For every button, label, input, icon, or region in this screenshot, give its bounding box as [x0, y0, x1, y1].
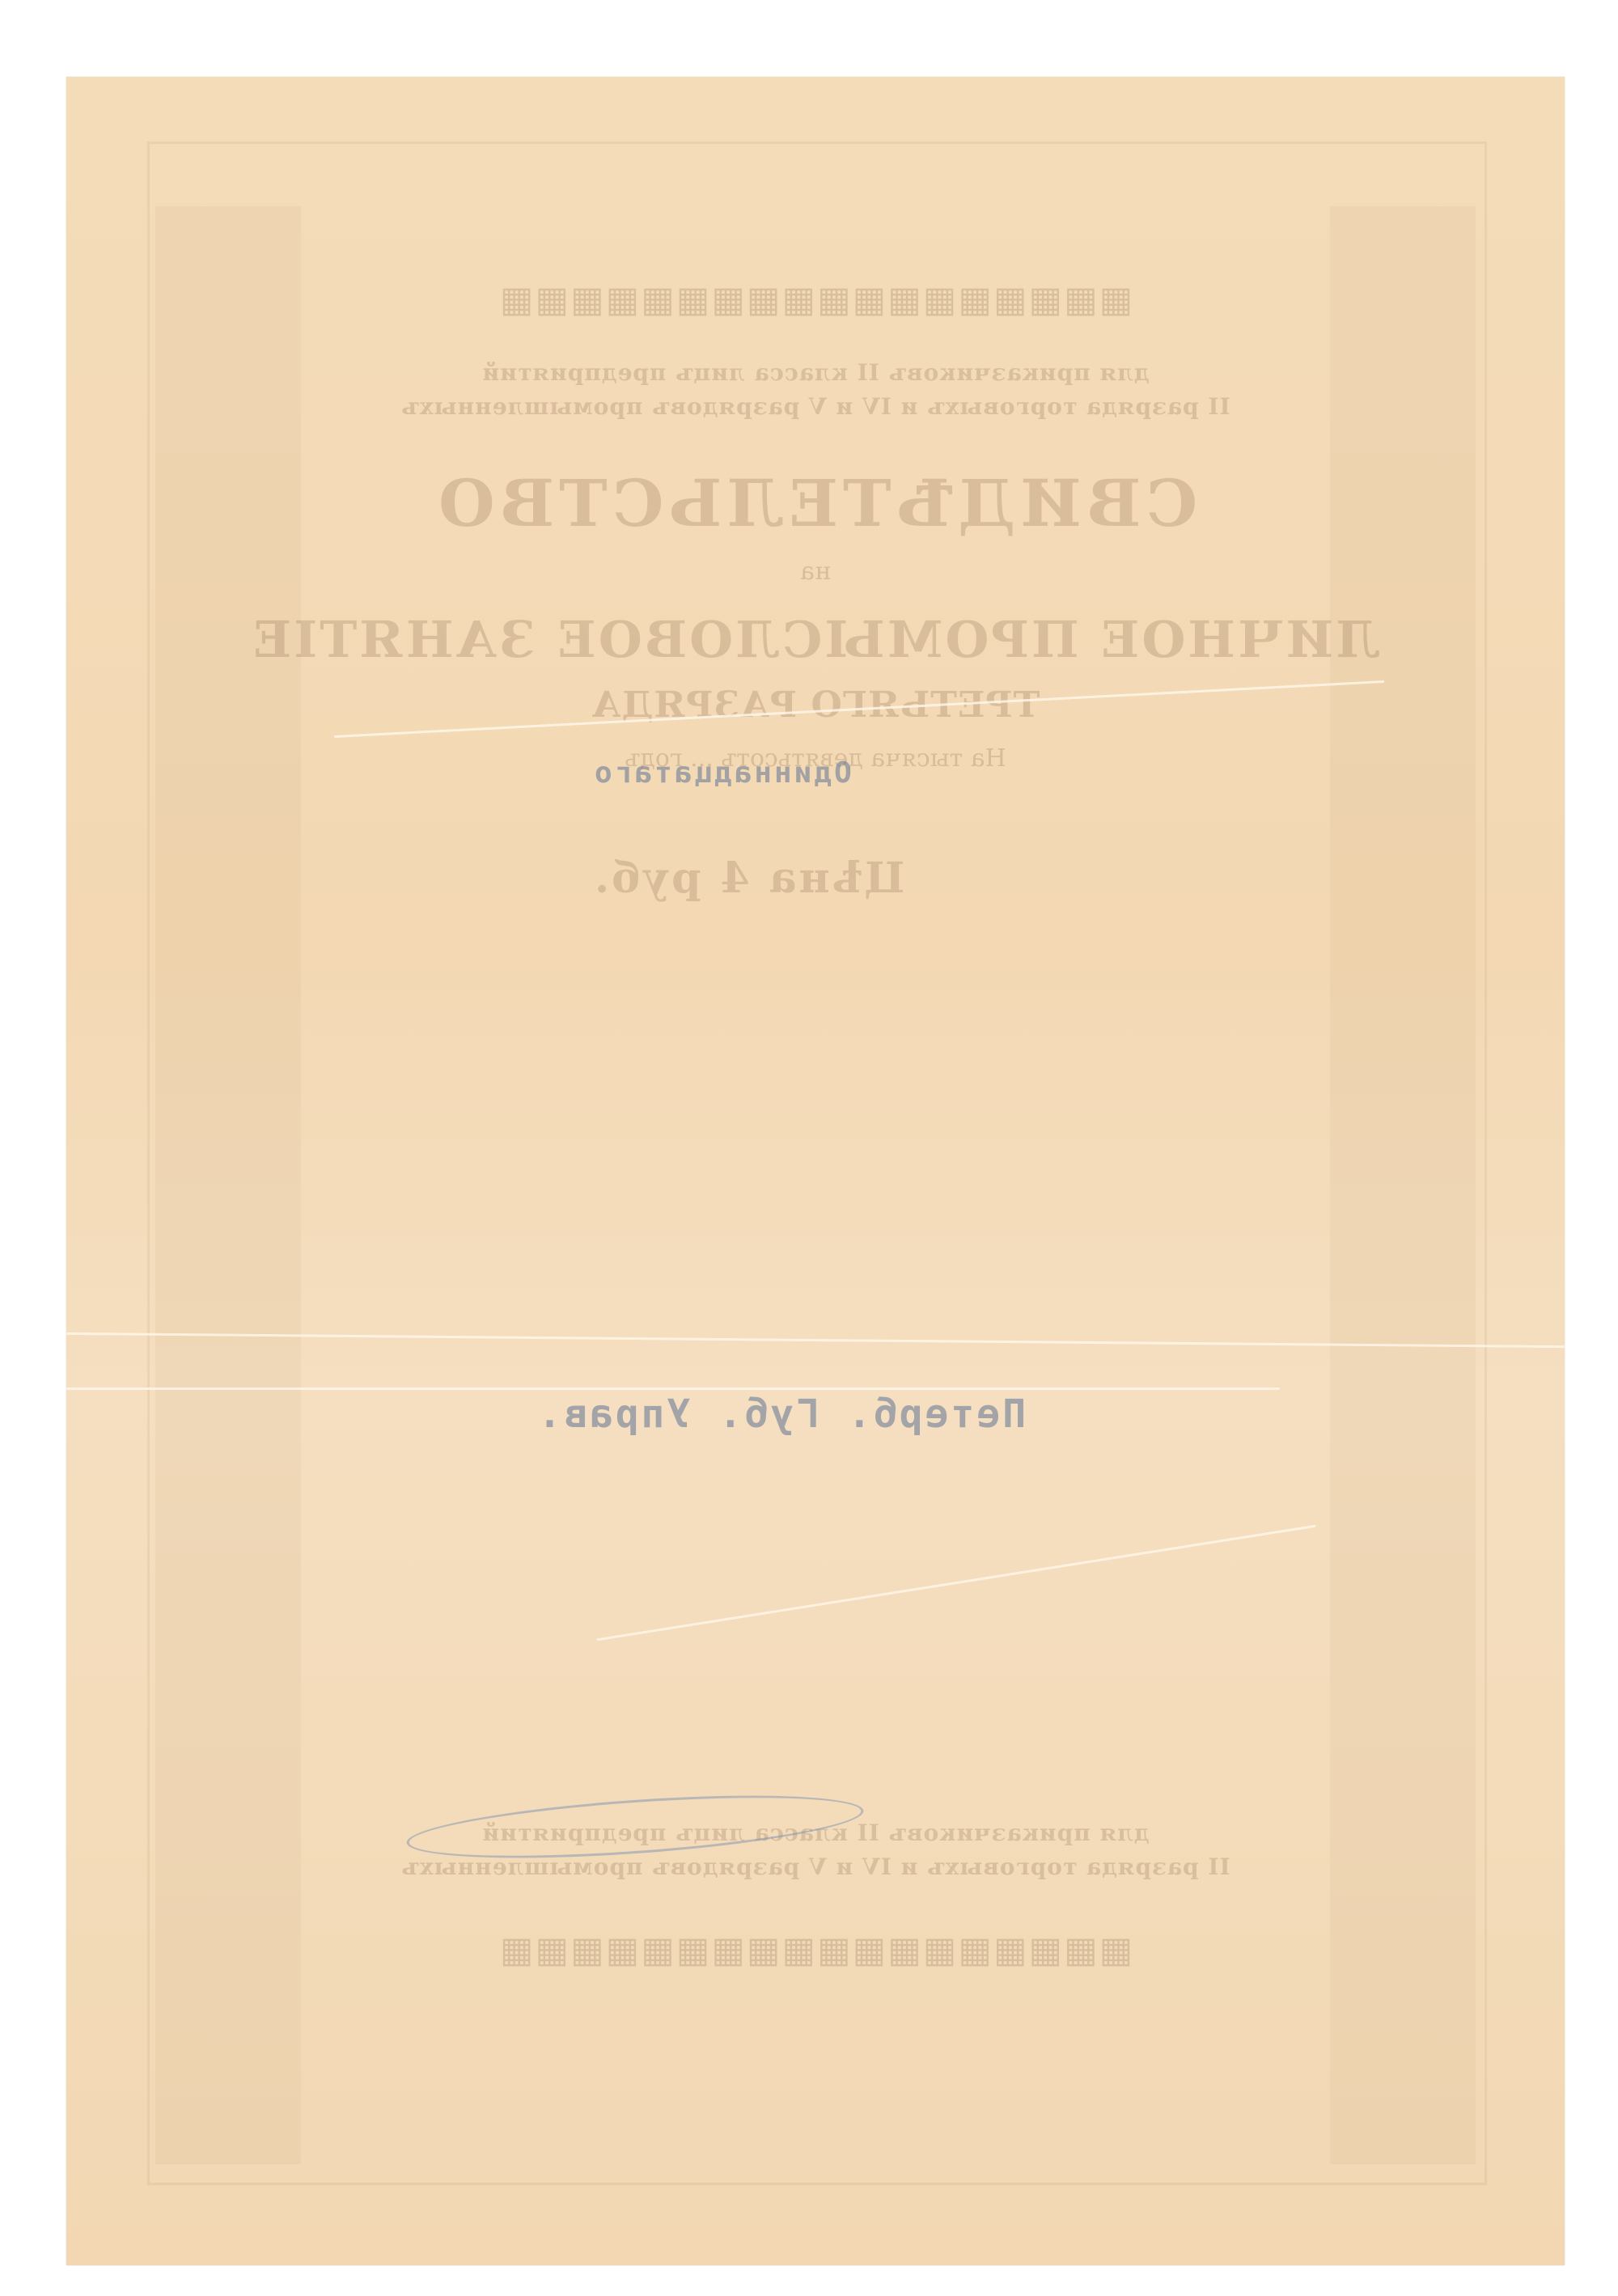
certificate-category: ТРЕТЬЯГО РАЗРЯДА	[66, 688, 1565, 722]
stamp-upper: Одиннадцатаго	[592, 756, 852, 790]
header-ornament: ▦▦▦▦▦▦▦▦▦▦▦▦▦▦▦▦▦▦	[66, 279, 1565, 320]
footer-line-2: II разряда торговыхъ и IV и V разрядовъ …	[66, 1850, 1565, 1884]
header-ornament-block: ▦▦▦▦▦▦▦▦▦▦▦▦▦▦▦▦▦▦	[66, 279, 1565, 320]
header-text: для приказчиковъ II класса лицъ предприя…	[66, 356, 1565, 424]
header-line-2: II разряда торговыхъ и IV и V разрядовъ …	[66, 390, 1565, 424]
stamp-lower: Петерб. Губ. Управ.	[536, 1392, 1026, 1437]
certificate-paper: ▦▦▦▦▦▦▦▦▦▦▦▦▦▦▦▦▦▦ для приказчиковъ II к…	[66, 77, 1565, 2265]
price-block: Цѣна 4 руб.	[66, 854, 1565, 903]
footer-ornament-block: ▦▦▦▦▦▦▦▦▦▦▦▦▦▦▦▦▦▦	[66, 1930, 1565, 1971]
footer-ornament: ▦▦▦▦▦▦▦▦▦▦▦▦▦▦▦▦▦▦	[66, 1930, 1565, 1971]
certificate-title: СВИДѢТЕЛЬСТВО	[66, 465, 1565, 541]
title-on: на	[66, 557, 1565, 586]
crease-middle-2	[66, 1387, 1280, 1390]
price-text: Цѣна 4 руб.	[66, 854, 1565, 903]
header-line-1: для приказчиковъ II класса лицъ предприя…	[66, 356, 1565, 390]
certificate-subtitle: ЛИЧНОЕ ПРОМЫСЛОВОЕ ЗАНЯТІЕ	[66, 610, 1565, 669]
